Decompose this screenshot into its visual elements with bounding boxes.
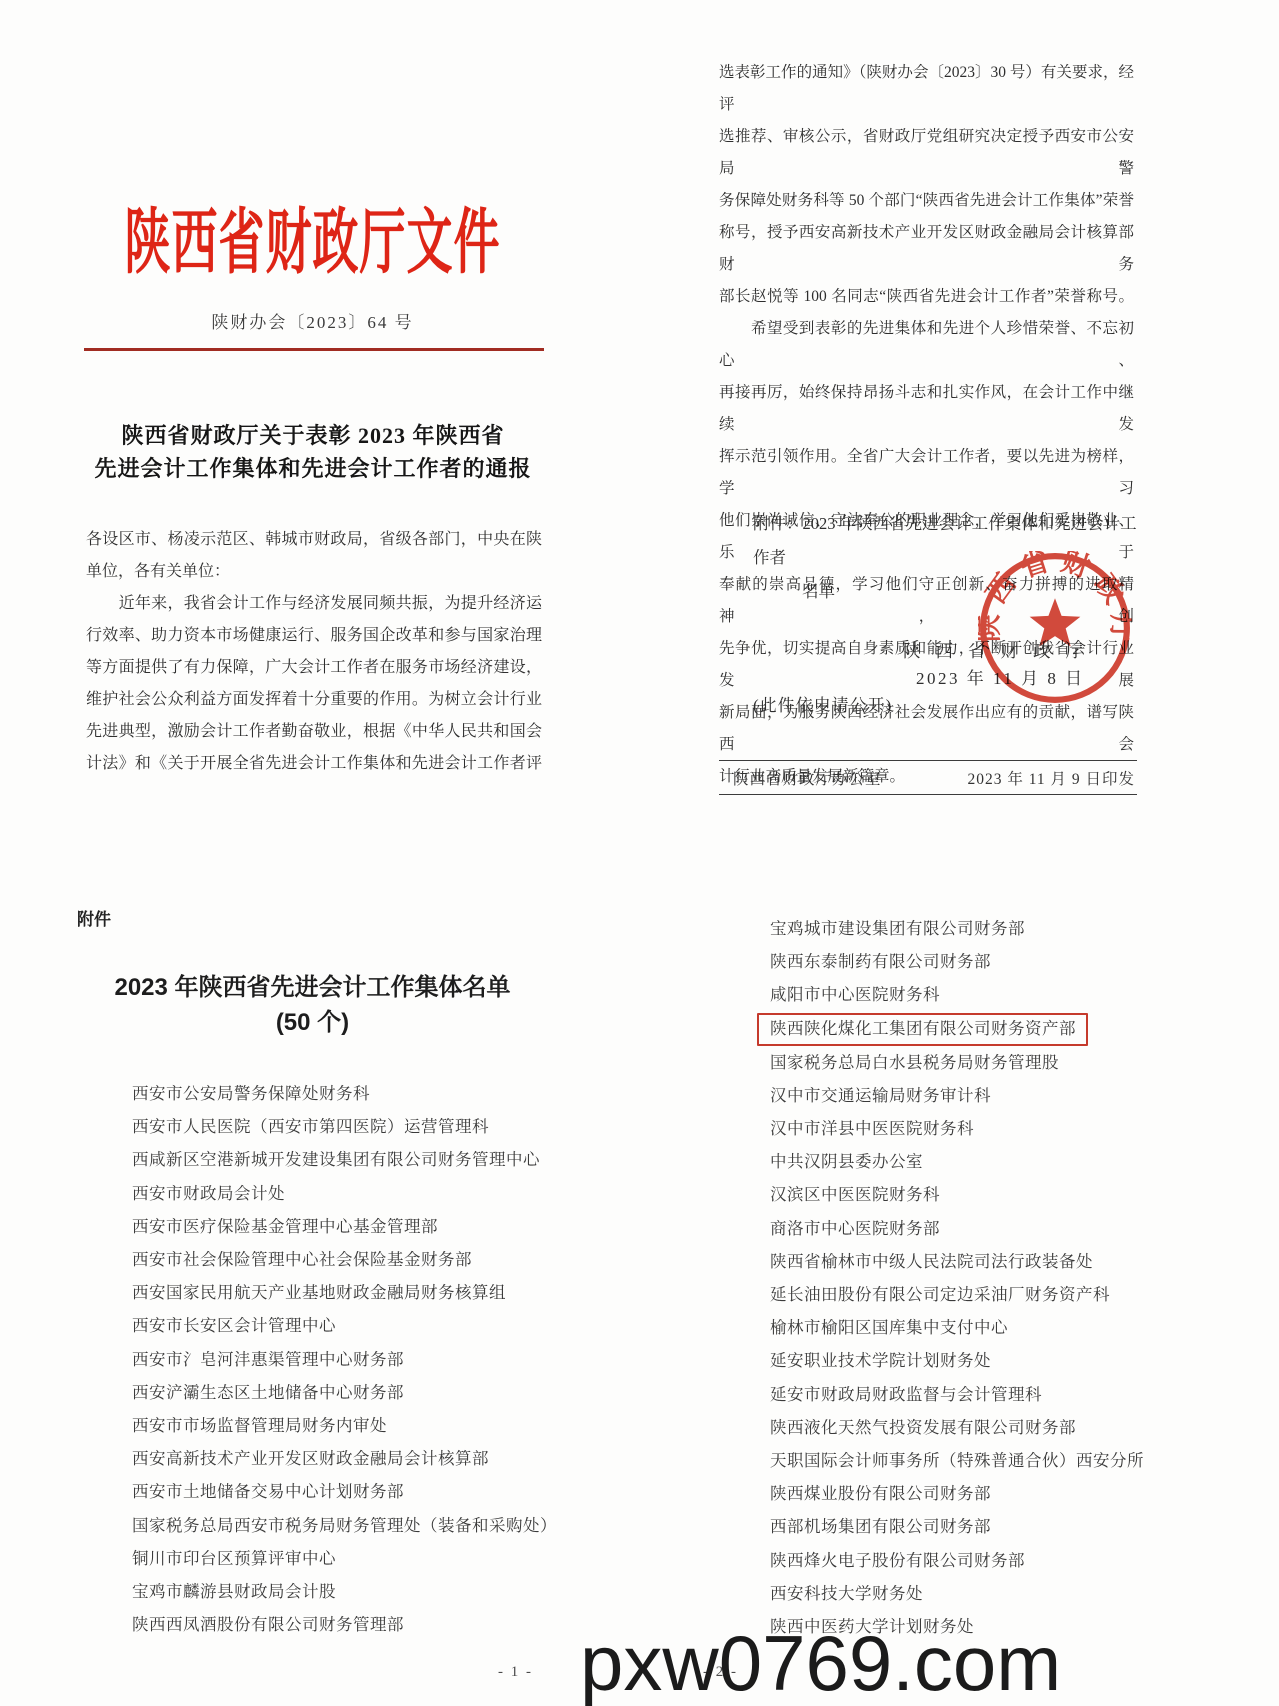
list-item: 西安市公安局警务保障处财务科 <box>132 1077 557 1110</box>
issue-footer: 陕西省财政厅办公室 2023 年 11 月 9 日印发 <box>719 760 1137 795</box>
list-item: 西咸新区空港新城开发建设集团有限公司财务管理中心 <box>132 1143 557 1176</box>
body-paragraphs-page1: 各设区市、杨凌示范区、韩城市财政局，省级各部门，中央在陕单位，各有关单位： 近年… <box>86 524 542 780</box>
body-line: 先进典型，激励会计工作者勤奋敬业，根据《中华人民共和国会 <box>86 716 542 748</box>
list-item: 西安科技大学财务处 <box>770 1577 1144 1610</box>
list-item: 宝鸡城市建设集团有限公司财务部 <box>770 912 1144 945</box>
disclosure-note: (此件依申请公开) <box>753 691 892 716</box>
red-divider <box>84 348 544 351</box>
list-item: 西安市氵皂河沣惠渠管理中心财务部 <box>132 1343 557 1376</box>
list-item: 西安市财政局会计处 <box>132 1177 557 1210</box>
body-line: 近年来，我省会计工作与经济发展同频共振，为提升经济运 <box>86 588 542 620</box>
seal-star-icon <box>1030 598 1081 646</box>
list-item: 西安浐灞生态区土地储备中心财务部 <box>132 1376 557 1409</box>
body-line: 选推荐、审核公示，省财政厅党组研究决定授予西安市公安局警 <box>719 121 1134 185</box>
list-item: 榆林市榆阳区国库集中支付中心 <box>770 1311 1144 1344</box>
body-line: 再接再厉，始终保持昂扬斗志和扎实作风，在会计工作中继续发 <box>719 377 1134 441</box>
list-item: 西安国家民用航天产业基地财政金融局财务核算组 <box>132 1276 557 1309</box>
body-line: 各设区市、杨凌示范区、韩城市财政局，省级各部门，中央在陕 <box>86 524 542 556</box>
body-line: 维护社会公众利益方面发挥着十分重要的作用。为树立会计行业 <box>86 684 542 716</box>
list-item: 陕西西凤酒股份有限公司财务管理部 <box>132 1608 557 1641</box>
notice-title-line1: 陕西省财政厅关于表彰 2023 年陕西省 <box>48 419 578 452</box>
attachment-title: 2023 年陕西省先进会计工作集体名单 <box>60 970 565 1005</box>
notice-title: 陕西省财政厅关于表彰 2023 年陕西省 先进会计工作集体和先进会计工作者的通报 <box>48 419 578 485</box>
official-seal: 陕西省财政厅 <box>978 551 1132 705</box>
body-line: 称号，授予西安高新技术产业开发区财政金融局会计核算部财务 <box>719 217 1134 281</box>
body-line: 单位，各有关单位： <box>86 556 542 588</box>
body-line: 希望受到表彰的先进集体和先进个人珍惜荣誉、不忘初心、 <box>719 313 1134 377</box>
list-item: 陕西液化天然气投资发展有限公司财务部 <box>770 1411 1144 1444</box>
list-item: 西安市人民医院（西安市第四医院）运营管理科 <box>132 1110 557 1143</box>
list-item: 延安职业技术学院计划财务处 <box>770 1344 1144 1377</box>
footer-print-date: 2023 年 11 月 9 日印发 <box>967 767 1137 789</box>
list-item: 铜川市印台区预算评审中心 <box>132 1542 557 1575</box>
list-item: 西安市社会保险管理中心社会保险基金财务部 <box>132 1243 557 1276</box>
seal-graphic: 陕西省财政厅 <box>978 551 1132 705</box>
list-item: 陕西烽火电子股份有限公司财务部 <box>770 1544 1144 1577</box>
body-line: 务保障处财务科等 50 个部门“陕西省先进会计工作集体”荣誉 <box>719 185 1134 217</box>
list-item: 西安市市场监督管理局财务内审处 <box>132 1409 557 1442</box>
list-item: 宝鸡市麟游县财政局会计股 <box>132 1575 557 1608</box>
collective-name-list-left: 西安市公安局警务保障处财务科西安市人民医院（西安市第四医院）运营管理科西咸新区空… <box>132 1077 557 1641</box>
collective-name-list-right: 宝鸡城市建设集团有限公司财务部陕西东泰制药有限公司财务部咸阳市中心医院财务科陕西… <box>770 912 1144 1643</box>
list-item: 汉中市洋县中医医院财务科 <box>770 1112 1144 1145</box>
list-item: 天职国际会计师事务所（特殊普通合伙）西安分所 <box>770 1444 1144 1477</box>
list-item: 汉中市交通运输局财务审计科 <box>770 1079 1144 1112</box>
list-item: 陕西东泰制药有限公司财务部 <box>770 945 1144 978</box>
list-item: 陕西省榆林市中级人民法院司法行政装备处 <box>770 1245 1144 1278</box>
list-item: 延安市财政局财政监督与会计管理科 <box>770 1378 1144 1411</box>
body-line: 挥示范引领作用。全省广大会计工作者，要以先进为榜样，学习 <box>719 441 1134 505</box>
attachment-label: 附件 <box>77 905 111 930</box>
notice-title-line2: 先进会计工作集体和先进会计工作者的通报 <box>48 452 578 485</box>
body-line: 选表彰工作的通知》（陕财办会〔2023〕30 号）有关要求，经评 <box>719 57 1134 121</box>
list-item: 国家税务总局白水县税务局财务管理股 <box>770 1046 1144 1079</box>
list-item: 国家税务总局西安市税务局财务管理处（装备和采购处） <box>132 1509 557 1542</box>
list-item: 商洛市中心医院财务部 <box>770 1212 1144 1245</box>
letterhead-title: 陕西省财政厅文件 <box>60 186 565 288</box>
footer-office: 陕西省财政厅办公室 <box>719 767 882 789</box>
watermark: pxw0769.com <box>580 1618 1061 1706</box>
list-item: 汉滨区中医医院财务科 <box>770 1178 1144 1211</box>
list-item: 延长油田股份有限公司定边采油厂财务资产科 <box>770 1278 1144 1311</box>
list-item: 西安高新技术产业开发区财政金融局会计核算部 <box>132 1442 557 1475</box>
body-line: 部长赵悦等 100 名同志“陕西省先进会计工作者”荣誉称号。 <box>719 281 1134 313</box>
scanned-document: 陕西省财政厅文件 陕财办会〔2023〕64 号 陕西省财政厅关于表彰 2023 … <box>0 0 1279 1706</box>
list-item: 西安市长安区会计管理中心 <box>132 1309 557 1342</box>
body-line: 等方面提供了有力保障，广大会计工作者在服务市场经济建设， <box>86 652 542 684</box>
attachment-subtitle: (50 个) <box>60 1005 565 1040</box>
list-item: 中共汉阴县委办公室 <box>770 1145 1144 1178</box>
page-number-1: - 1 - <box>498 1664 533 1681</box>
list-item: 西部机场集团有限公司财务部 <box>770 1510 1144 1543</box>
list-item: 陕西煤业股份有限公司财务部 <box>770 1477 1144 1510</box>
attachment-heading: 2023 年陕西省先进会计工作集体名单 (50 个) <box>60 970 565 1040</box>
doc-number: 陕财办会〔2023〕64 号 <box>60 308 565 333</box>
body-line: 行效率、助力资本市场健康运行、服务国企改革和参与国家治理 <box>86 620 542 652</box>
body-line: 计法》和《关于开展全省先进会计工作集体和先进会计工作者评 <box>86 748 542 780</box>
list-item: 陕西陕化煤化工集团有限公司财务资产部 <box>770 1012 1144 1046</box>
list-item: 西安市土地储备交易中心计划财务部 <box>132 1475 557 1508</box>
list-item: 咸阳市中心医院财务科 <box>770 978 1144 1011</box>
list-item: 西安市医疗保险基金管理中心基金管理部 <box>132 1210 557 1243</box>
